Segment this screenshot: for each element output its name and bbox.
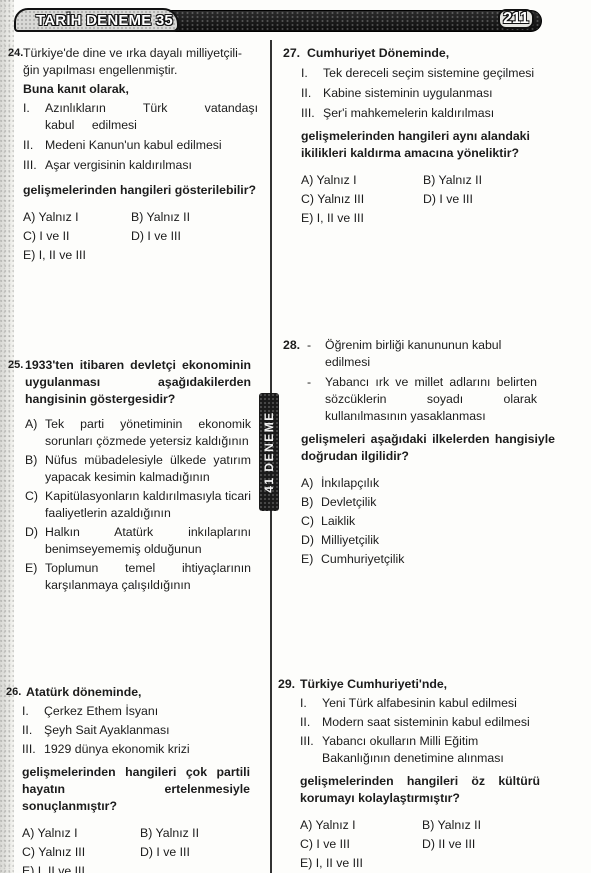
option-c[interactable]: C) Yalnız III <box>301 191 423 208</box>
option-d[interactable]: D) II ve III <box>422 836 542 853</box>
item-text: Kabine sisteminin uygulanması <box>323 85 493 102</box>
option-a[interactable]: A)İnkılapçılık <box>301 475 563 492</box>
option-a[interactable]: A) Yalnız I <box>23 209 131 226</box>
option-a[interactable]: A) Yalnız I <box>301 172 423 189</box>
item-label: II. <box>301 85 323 102</box>
question-stem: 1933'ten itibaren devletçi ekonominin uy… <box>25 357 251 408</box>
question-lead: Cumhuriyet Döneminde, <box>307 45 449 62</box>
question-number: 24. <box>8 45 23 264</box>
item-text: Azınlıkların Türk vatandaşı kabul edilme… <box>45 100 258 134</box>
side-tab-label: 41 DENEME <box>262 411 276 493</box>
option-d[interactable]: D) I ve III <box>140 844 260 861</box>
item-text: Aşar vergisinin kaldırılması <box>45 157 192 174</box>
option-b[interactable]: B) Yalnız II <box>423 172 543 189</box>
side-tab: 41 DENEME <box>259 393 279 511</box>
question-28: 28. - Öğrenim birliği kanununun kabul ed… <box>283 337 563 568</box>
item-text: Öğrenim birliği kanununun kabul edilmesi <box>325 337 535 371</box>
item-label: I. <box>300 695 322 712</box>
question-number: 26. <box>6 684 26 701</box>
question-number: 27. <box>283 45 307 62</box>
item-text: Yabancı ırk ve millet adlarını belirten … <box>325 374 537 425</box>
option-e[interactable]: E) I, II ve III <box>301 210 423 227</box>
question-prompt: gelişmelerinden hangileri çok partili ha… <box>22 764 250 815</box>
question-24: 24. Türkiye'de dine ve ırka dayalı milli… <box>8 45 258 264</box>
option-a[interactable]: A)Tek parti yönetiminin ekonomik sorunla… <box>25 416 251 450</box>
item-label: - <box>307 337 325 371</box>
option-d[interactable]: D)Milliyetçilik <box>301 532 563 549</box>
option-c[interactable]: C) I ve III <box>300 836 422 853</box>
option-b[interactable]: B)Devletçilik <box>301 494 563 511</box>
question-prompt: gelişmelerinden hangileri gösterilebilir… <box>23 182 258 199</box>
item-label: III. <box>22 741 44 758</box>
item-label: I. <box>301 65 323 82</box>
item-text: Yeni Türk alfabesinin kabul edilmesi <box>322 695 517 712</box>
question-stem: ğin yapılması engellenmiştir. <box>23 62 258 79</box>
question-lead: Atatürk döneminde, <box>26 684 141 701</box>
option-e[interactable]: E)Toplumun temel ihtiyaçlarının karşılan… <box>25 560 251 594</box>
option-d[interactable]: D) I ve III <box>131 228 251 245</box>
option-e[interactable]: E) I, II ve III <box>22 863 140 873</box>
option-e[interactable]: E) I, II ve III <box>300 855 422 872</box>
option-a[interactable]: A) Yalnız I <box>300 817 422 834</box>
option-d[interactable]: D) I ve III <box>423 191 543 208</box>
item-label: III. <box>300 733 322 767</box>
option-a[interactable]: A) Yalnız I <box>22 825 140 842</box>
item-label: III. <box>301 105 323 122</box>
question-prompt: gelişmelerinden hangileri öz kültürü kor… <box>300 773 540 807</box>
option-d[interactable]: D)Halkın Atatürk inkılaplarını benimseye… <box>25 524 251 558</box>
item-label: - <box>307 374 325 425</box>
item-text: Modern saat sisteminin kabul edilmesi <box>322 714 530 731</box>
item-label: II. <box>23 137 45 154</box>
item-text: Medeni Kanun'un kabul edilmesi <box>45 137 222 154</box>
item-label: III. <box>23 157 45 174</box>
option-e[interactable]: E) I, II ve III <box>23 247 131 264</box>
page-number: 211 <box>498 9 534 29</box>
item-label: I. <box>22 703 44 720</box>
option-b[interactable]: B) Yalnız II <box>131 209 251 226</box>
item-text: Yabancı okulların Milli Eğitim Bakanlığı… <box>322 733 540 767</box>
option-c[interactable]: C) I ve II <box>23 228 131 245</box>
question-lead: Buna kanıt olarak, <box>23 81 258 98</box>
item-text: Şeyh Sait Ayaklanması <box>44 722 170 739</box>
option-c[interactable]: C)Laiklik <box>301 513 563 530</box>
question-lead: Türkiye Cumhuriyeti'nde, <box>300 676 447 693</box>
question-26: 26. Atatürk döneminde, I.Çerkez Ethem İs… <box>6 684 250 873</box>
question-29: 29. Türkiye Cumhuriyeti'nde, I.Yeni Türk… <box>278 676 568 872</box>
question-27: 27. Cumhuriyet Döneminde, I.Tek dereceli… <box>283 45 568 227</box>
header-bar <box>124 10 542 32</box>
item-text: 1929 dünya ekonomik krizi <box>44 741 190 758</box>
option-e[interactable]: E)Cumhuriyetçilik <box>301 551 563 568</box>
item-text: Çerkez Ethem İsyanı <box>44 703 158 720</box>
page-title: TARİH DENEME 35 <box>14 8 179 32</box>
option-c[interactable]: C)Kapitülasyonların kaldırılmasıyla tica… <box>25 488 251 522</box>
option-c[interactable]: C) Yalnız III <box>22 844 140 861</box>
question-prompt: gelişmelerinden hangileri aynı alandaki … <box>301 128 563 162</box>
question-prompt: gelişmeleri aşağıdaki ilkelerden hangisi… <box>283 431 555 465</box>
item-text: Şer'i mahkemelerin kaldırılması <box>323 105 494 122</box>
option-b[interactable]: B)Nüfus mübadelesiyle ülkede yatırım yap… <box>25 452 251 486</box>
question-number: 29. <box>278 676 300 693</box>
question-25: 25. 1933'ten itibaren devletçi ekonomini… <box>8 357 251 594</box>
option-b[interactable]: B) Yalnız II <box>140 825 260 842</box>
question-stem: Türkiye'de dine ve ırka dayalı milliyetç… <box>23 45 258 62</box>
item-label: II. <box>22 722 44 739</box>
item-label: I. <box>23 100 45 134</box>
option-b[interactable]: B) Yalnız II <box>422 817 542 834</box>
item-label: II. <box>300 714 322 731</box>
page-header: TARİH DENEME 35 211 <box>14 8 542 30</box>
item-text: Tek dereceli seçim sistemine geçilmesi <box>323 65 534 82</box>
question-number: 28. <box>283 337 307 371</box>
question-number: 25. <box>8 357 25 408</box>
